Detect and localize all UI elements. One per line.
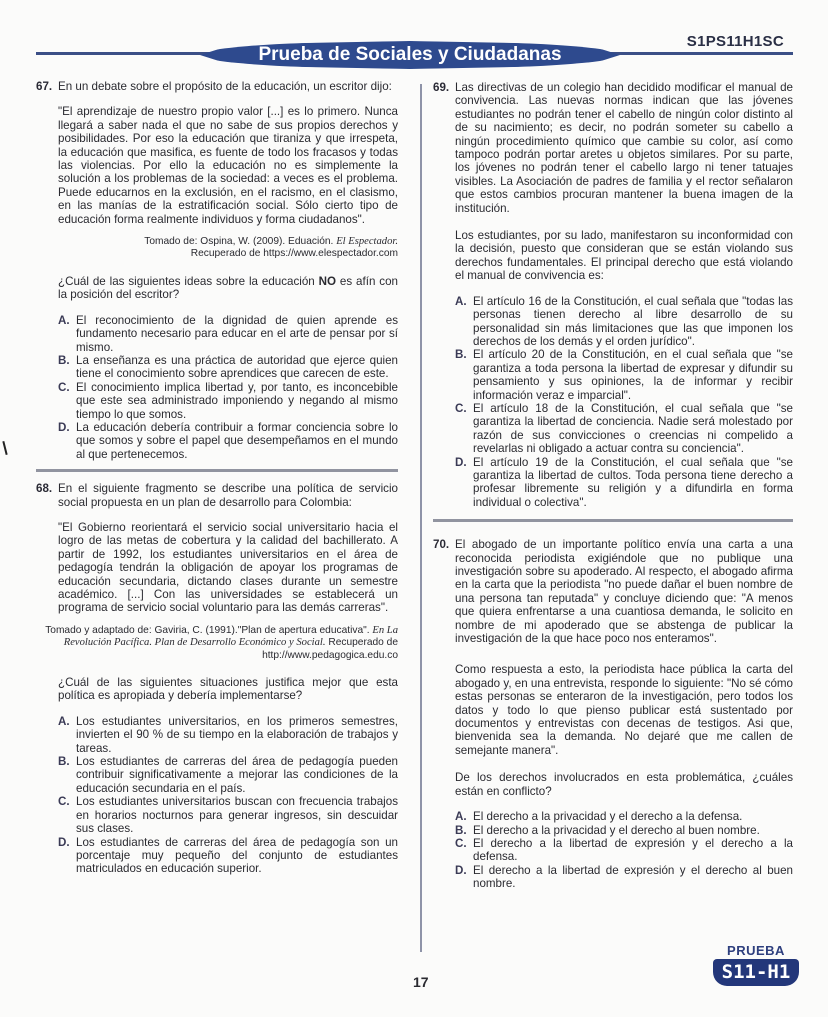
- option-a[interactable]: A.Los estudiantes universitarios, en los…: [58, 715, 398, 755]
- test-brand-logo: PRUEBA S11-H1: [713, 943, 799, 986]
- left-column: 67. En un debate sobre el propósito de l…: [36, 80, 398, 876]
- right-column: 69. Las directivas de un colegio han dec…: [433, 81, 793, 891]
- question-paragraph: Los estudiantes, por su lado, manifestar…: [455, 229, 793, 283]
- answer-options: A.El reconocimiento de la dignidad de qu…: [58, 314, 398, 461]
- source-citation: Tomado de: Ospina, W. (2009). Eduación. …: [36, 236, 398, 261]
- source-citation: Tomado y adaptado de: Gaviria, C. (1991)…: [36, 625, 398, 662]
- question-number: 68.: [36, 482, 52, 495]
- question-stem: ¿Cuál de las siguientes situaciones just…: [58, 676, 398, 703]
- page-title: Prueba de Sociales y Ciudadanas: [200, 42, 620, 68]
- question-68: 68. En el siguiente fragmento se describ…: [36, 482, 398, 509]
- question-separator: [36, 469, 398, 472]
- brand-badge: S11-H1: [713, 959, 799, 986]
- scan-mark: [2, 441, 7, 455]
- column-divider: [420, 84, 422, 952]
- question-separator: [433, 519, 793, 522]
- option-b[interactable]: B.La enseñanza es una práctica de autori…: [58, 354, 398, 381]
- question-stem: De los derechos involucrados en esta pro…: [455, 771, 793, 798]
- option-b[interactable]: B.Los estudiantes de carreras del área d…: [58, 755, 398, 795]
- option-c[interactable]: C.El derecho a la libertad de expresión …: [455, 837, 793, 864]
- question-intro: En el siguiente fragmento se describe un…: [58, 482, 398, 509]
- question-number: 70.: [433, 538, 449, 551]
- option-d[interactable]: D.Los estudiantes de carreras del área d…: [58, 836, 398, 876]
- question-intro: En un debate sobre el propósito de la ed…: [58, 80, 398, 93]
- option-a[interactable]: A.El reconocimiento de la dignidad de qu…: [58, 314, 398, 354]
- page-number: 17: [413, 974, 429, 990]
- quote-text: "El aprendizaje de nuestro propio valor …: [58, 105, 398, 226]
- option-b[interactable]: B.El artículo 20 de la Constitución, en …: [455, 348, 793, 402]
- option-b[interactable]: B.El derecho a la privacidad y el derech…: [455, 824, 793, 837]
- option-a[interactable]: A.El artículo 16 de la Constitución, el …: [455, 295, 793, 349]
- answer-options: A.El artículo 16 de la Constitución, el …: [455, 295, 793, 510]
- question-paragraph: Como respuesta a esto, la periodista hac…: [455, 663, 793, 757]
- question-69: 69. Las directivas de un colegio han dec…: [433, 81, 793, 215]
- question-number: 67.: [36, 80, 52, 93]
- brand-label: PRUEBA: [713, 943, 799, 958]
- exam-code: S1PS11H1SC: [687, 33, 784, 50]
- question-number: 69.: [433, 81, 449, 94]
- option-c[interactable]: C.Los estudiantes universitarios buscan …: [58, 795, 398, 835]
- option-d[interactable]: D.La educación debería contribuir a form…: [58, 421, 398, 461]
- option-c[interactable]: C.El conocimiento implica libertad y, po…: [58, 381, 398, 421]
- question-intro: El abogado de un importante político env…: [455, 538, 793, 645]
- question-intro: Las directivas de un colegio han decidid…: [455, 81, 793, 215]
- answer-options: A.Los estudiantes universitarios, en los…: [58, 715, 398, 876]
- answer-options: A.El derecho a la privacidad y el derech…: [455, 810, 793, 890]
- question-67: 67. En un debate sobre el propósito de l…: [36, 80, 398, 93]
- option-d[interactable]: D.El derecho a la libertad de expresión …: [455, 864, 793, 891]
- question-stem: ¿Cuál de las siguientes ideas sobre la e…: [58, 275, 398, 302]
- option-c[interactable]: C.El artículo 18 de la Constitución, el …: [455, 402, 793, 456]
- option-a[interactable]: A.El derecho a la privacidad y el derech…: [455, 810, 793, 823]
- quote-text: "El Gobierno reorientará el servicio soc…: [58, 521, 398, 615]
- option-d[interactable]: D.El artículo 19 de la Constitución, el …: [455, 456, 793, 510]
- question-70: 70. El abogado de un importante político…: [433, 538, 793, 645]
